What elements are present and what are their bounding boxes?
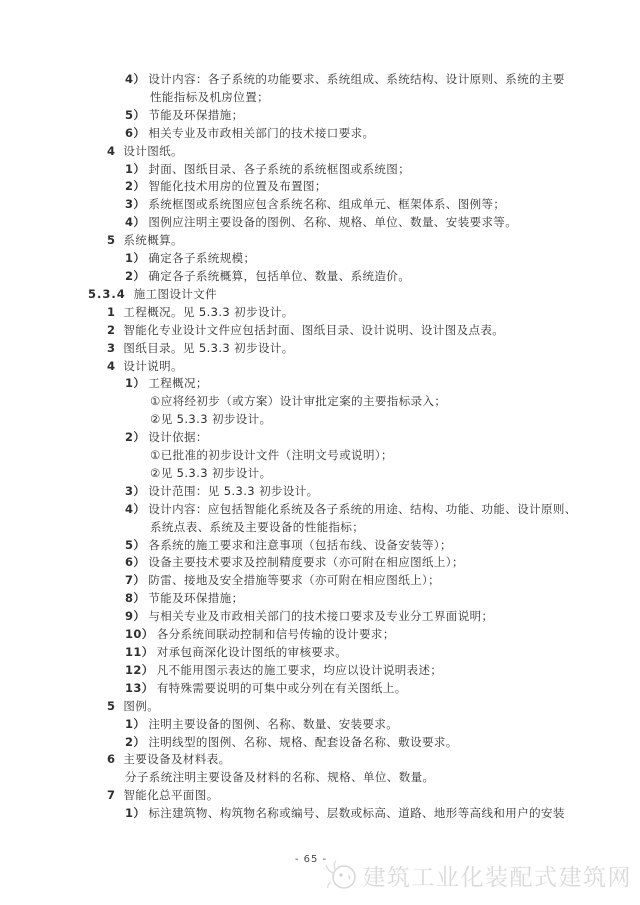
line-text: 系统点表、系统及主要设备的性能指标； xyxy=(150,520,364,534)
doc-line: 性能指标及机房位置； xyxy=(150,89,566,107)
doc-line: 4）设计内容：各子系统的功能要求、系统组成、系统结构、设计原则、系统的主要 xyxy=(125,71,566,89)
line-text: 各分系统间联动控制和信号传输的设计要求； xyxy=(157,627,395,641)
doc-line: 6主要设备及材料表。 xyxy=(107,751,566,769)
line-marker: 5 xyxy=(107,233,115,247)
doc-line: ②见 5.3.3 初步设计。 xyxy=(150,465,566,483)
line-text: 设计范围：见 5.3.3 初步设计。 xyxy=(148,484,318,498)
line-marker: 5） xyxy=(125,108,145,122)
line-text: 确定各子系统规模； xyxy=(148,251,255,265)
line-marker: 5） xyxy=(125,538,145,552)
line-text: 设备主要技术要求及控制精度要求（亦可附在相应图纸上）； xyxy=(148,555,464,569)
line-marker: 4） xyxy=(125,502,145,516)
line-text: ①已批准的初步设计文件（注明文号或说明）； xyxy=(150,448,393,462)
doc-line: 6）设备主要技术要求及控制精度要求（亦可附在相应图纸上）； xyxy=(125,554,566,572)
doc-line: 6）相关专业及市政相关部门的技术接口要求。 xyxy=(125,125,566,143)
doc-line: 9）与相关专业及市政相关部门的技术接口要求及专业分工界面说明； xyxy=(125,608,566,626)
doc-line: 11）对承包商深化设计图纸的审核要求。 xyxy=(125,644,566,662)
line-marker: 6） xyxy=(125,555,145,569)
doc-line: 4）图例应注明主要设备的图例、名称、规格、单位、数量、安装要求等。 xyxy=(125,214,566,232)
line-text: 设计内容：应包括智能化系统及各子系统的用途、结构、功能、功能、设计原则、 xyxy=(148,502,576,516)
line-text: 系统概算。 xyxy=(123,233,183,247)
line-text: 分子系统注明主要设备及材料的名称、规格、单位、数量。 xyxy=(125,770,434,784)
doc-line: 2）确定各子系统概算，包括单位、数量、系统造价。 xyxy=(125,268,566,286)
doc-line: 2）设计依据： xyxy=(125,429,566,447)
line-marker: 7 xyxy=(107,788,115,802)
watermark: 建筑工业化装配式建筑网 xyxy=(321,855,633,895)
doc-line: 12）凡不能用图示表达的施工要求，均应以设计说明表述； xyxy=(125,662,566,680)
line-marker: 2） xyxy=(125,269,145,283)
line-marker: 1） xyxy=(125,717,145,731)
line-text: 节能及环保措施； xyxy=(148,108,243,122)
line-marker: 2） xyxy=(125,179,145,193)
line-text: 相关专业及市政相关部门的技术接口要求。 xyxy=(148,126,374,140)
line-text: 工程概况。见 5.3.3 初步设计。 xyxy=(123,305,293,319)
watermark-text: 建筑工业化装配式建筑网 xyxy=(363,859,633,892)
doc-line: 1）注明主要设备的图例、名称、数量、安装要求。 xyxy=(125,716,566,734)
line-text: 图纸目录。见 5.3.3 初步设计。 xyxy=(123,341,293,355)
line-text: ①应将经初步（或方案）设计审批定案的主要指标录入； xyxy=(150,394,446,408)
doc-line: 8）节能及环保措施； xyxy=(125,590,566,608)
doc-line: 5）各系统的施工要求和注意事项（包括布线、设备安装等）； xyxy=(125,537,566,555)
line-text: 智能化总平面图。 xyxy=(123,788,218,802)
doc-line: ②见 5.3.3 初步设计。 xyxy=(150,411,566,429)
line-marker: 2） xyxy=(125,430,145,444)
line-marker: 4） xyxy=(125,72,145,86)
line-text: 封面、图纸目录、各子系统的系统框图或系统图； xyxy=(148,162,410,176)
doc-line: 1）工程概况； xyxy=(125,375,566,393)
document-page: 4）设计内容：各子系统的功能要求、系统组成、系统结构、设计原则、系统的主要性能指… xyxy=(0,0,640,905)
line-marker: 3） xyxy=(125,197,145,211)
line-text: 设计说明。 xyxy=(123,359,183,373)
doc-line: 3）系统框图或系统图应包含系统名称、组成单元、框架体系、图例等； xyxy=(125,196,566,214)
line-marker: 1） xyxy=(125,376,145,390)
line-text: 防雷、接地及安全措施等要求（亦可附在相应图纸上）； xyxy=(148,573,440,587)
line-marker: 8） xyxy=(125,591,145,605)
line-marker: 10） xyxy=(125,627,154,641)
line-text: 确定各子系统概算，包括单位、数量、系统造价。 xyxy=(148,269,410,283)
line-text: 主要设备及材料表。 xyxy=(123,752,230,766)
doc-line: 分子系统注明主要设备及材料的名称、规格、单位、数量。 xyxy=(125,769,566,787)
doc-line: 1）封面、图纸目录、各子系统的系统框图或系统图； xyxy=(125,161,566,179)
line-text: 系统框图或系统图应包含系统名称、组成单元、框架体系、图例等； xyxy=(148,197,505,211)
doc-line: 7）防雷、接地及安全措施等要求（亦可附在相应图纸上）； xyxy=(125,572,566,590)
doc-line: 3图纸目录。见 5.3.3 初步设计。 xyxy=(107,340,566,358)
doc-line: 3）设计范围：见 5.3.3 初步设计。 xyxy=(125,483,566,501)
line-text: 设计依据： xyxy=(148,430,208,444)
line-marker: 9） xyxy=(125,609,145,623)
doc-line: 1）标注建筑物、构筑物名称或编号、层数或标高、道路、地形等高线和用户的安装 xyxy=(125,805,566,823)
line-marker: 1） xyxy=(125,251,145,265)
line-text: 对承包商深化设计图纸的审核要求。 xyxy=(157,645,347,659)
line-text: 节能及环保措施； xyxy=(148,591,243,605)
line-text: 智能化技术用房的位置及布置图； xyxy=(148,179,327,193)
document-body: 4）设计内容：各子系统的功能要求、系统组成、系统结构、设计原则、系统的主要性能指… xyxy=(88,71,566,823)
doc-line: 5系统概算。 xyxy=(107,232,566,250)
doc-line: 2智能化专业设计文件应包括封面、图纸目录、设计说明、设计图及点表。 xyxy=(107,322,566,340)
doc-line: 5）节能及环保措施； xyxy=(125,107,566,125)
line-text: 工程概况； xyxy=(148,376,208,390)
line-marker: 6 xyxy=(107,752,115,766)
line-text: 图例应注明主要设备的图例、名称、规格、单位、数量、安装要求等。 xyxy=(148,215,517,229)
doc-line: 4设计图纸。 xyxy=(107,143,566,161)
line-text: ②见 5.3.3 初步设计。 xyxy=(150,466,271,480)
doc-line: 7智能化总平面图。 xyxy=(107,787,566,805)
line-text: 智能化专业设计文件应包括封面、图纸目录、设计说明、设计图及点表。 xyxy=(123,323,504,337)
doc-line: 1工程概况。见 5.3.3 初步设计。 xyxy=(107,304,566,322)
line-marker: 2 xyxy=(107,323,115,337)
line-marker: 3 xyxy=(107,341,115,355)
line-text: 注明线型的图例、名称、规格、配套设备名称、敷设要求。 xyxy=(148,735,457,749)
line-text: 有特殊需要说明的可集中或分列在有关图纸上。 xyxy=(157,681,407,695)
line-text: 施工图设计文件 xyxy=(134,287,217,301)
doc-line: 2）注明线型的图例、名称、规格、配套设备名称、敷设要求。 xyxy=(125,734,566,752)
doc-line: 系统点表、系统及主要设备的性能指标； xyxy=(150,519,566,537)
line-text: 各系统的施工要求和注意事项（包括布线、设备安装等）； xyxy=(148,538,452,552)
doc-line: 4）设计内容：应包括智能化系统及各子系统的用途、结构、功能、功能、设计原则、 xyxy=(125,501,566,519)
doc-line: 10）各分系统间联动控制和信号传输的设计要求； xyxy=(125,626,566,644)
doc-line: 4设计说明。 xyxy=(107,358,566,376)
line-text: 注明主要设备的图例、名称、数量、安装要求。 xyxy=(148,717,398,731)
doc-line: 13）有特殊需要说明的可集中或分列在有关图纸上。 xyxy=(125,680,566,698)
line-text: ②见 5.3.3 初步设计。 xyxy=(150,412,271,426)
line-text: 设计内容：各子系统的功能要求、系统组成、系统结构、设计原则、系统的主要 xyxy=(148,72,565,86)
doc-line: 5.3.4施工图设计文件 xyxy=(88,286,566,304)
line-marker: 1） xyxy=(125,806,145,820)
doc-line: 1）确定各子系统规模； xyxy=(125,250,566,268)
watermark-mascot-icon xyxy=(321,855,361,895)
line-marker: 5 xyxy=(107,699,115,713)
line-marker: 5.3.4 xyxy=(88,287,126,301)
doc-line: 2）智能化技术用房的位置及布置图； xyxy=(125,178,566,196)
line-text: 图例。 xyxy=(123,699,159,713)
line-marker: 4 xyxy=(107,144,115,158)
line-marker: 1） xyxy=(125,162,145,176)
line-marker: 3） xyxy=(125,484,145,498)
line-marker: 13） xyxy=(125,681,154,695)
line-marker: 4） xyxy=(125,215,145,229)
line-marker: 12） xyxy=(125,663,154,677)
line-marker: 7） xyxy=(125,573,145,587)
line-text: 凡不能用图示表达的施工要求，均应以设计说明表述； xyxy=(157,663,443,677)
doc-line: ①应将经初步（或方案）设计审批定案的主要指标录入； xyxy=(150,393,566,411)
line-text: 标注建筑物、构筑物名称或编号、层数或标高、道路、地形等高线和用户的安装 xyxy=(148,806,565,820)
line-marker: 6） xyxy=(125,126,145,140)
line-text: 与相关专业及市政相关部门的技术接口要求及专业分工界面说明； xyxy=(148,609,493,623)
line-text: 设计图纸。 xyxy=(123,144,183,158)
line-text: 性能指标及机房位置； xyxy=(150,90,269,104)
line-marker: 4 xyxy=(107,359,115,373)
doc-line: 5图例。 xyxy=(107,698,566,716)
line-marker: 2） xyxy=(125,735,145,749)
doc-line: ①已批准的初步设计文件（注明文号或说明）； xyxy=(150,447,566,465)
line-marker: 1 xyxy=(107,305,115,319)
line-marker: 11） xyxy=(125,645,154,659)
